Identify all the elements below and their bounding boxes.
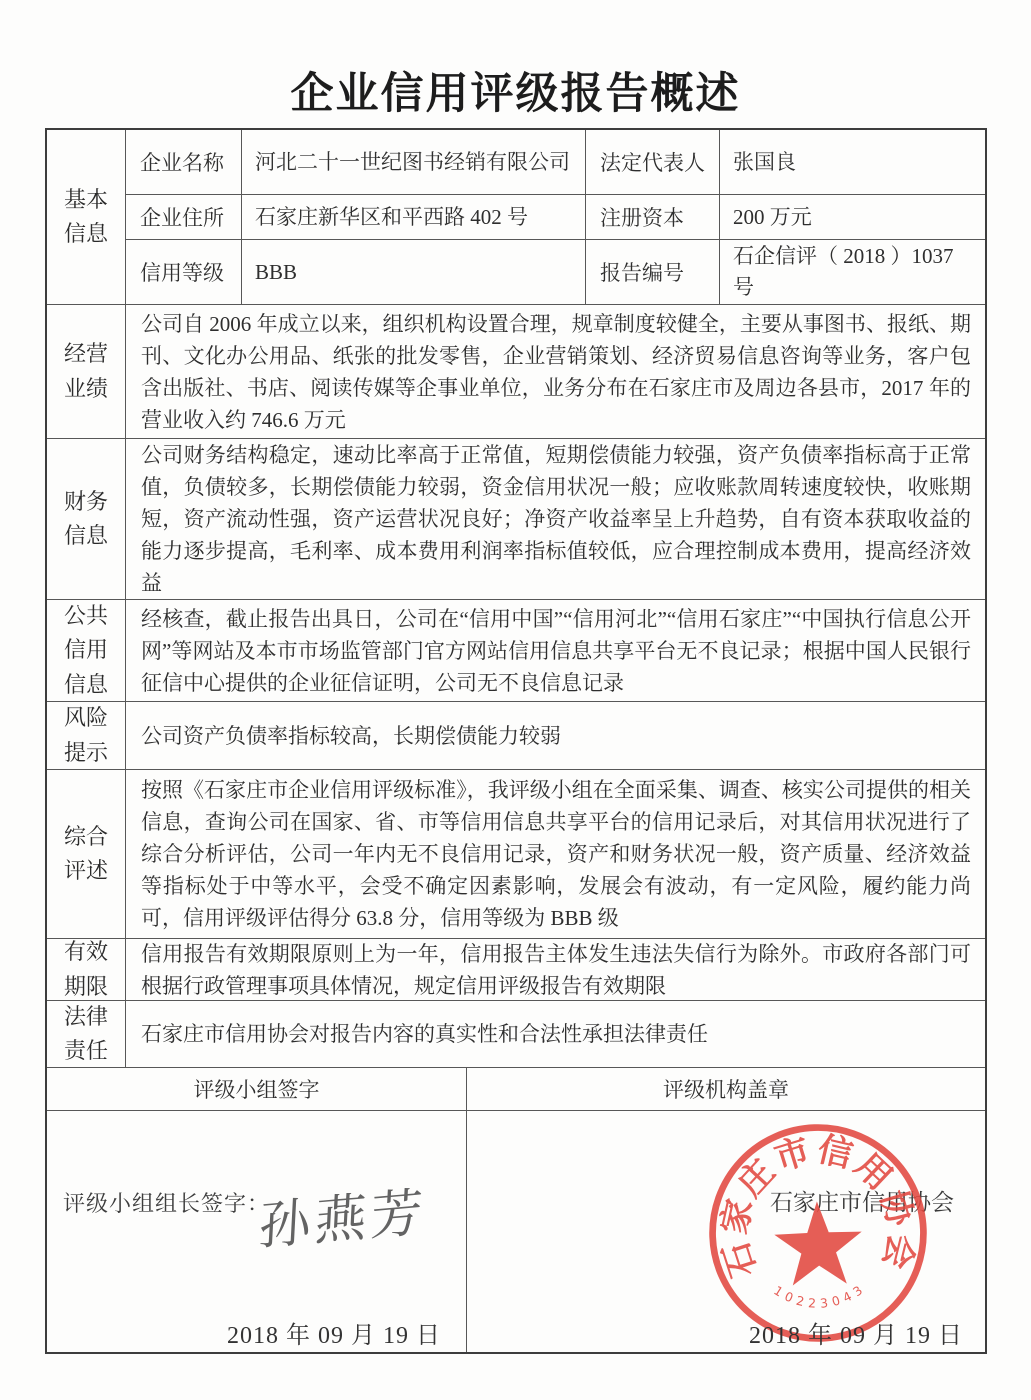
section-text-risk-warning: 公司资产负债率指标较高，长期偿债能力较弱 [126, 702, 985, 770]
section-label-basic: 基本信息 [47, 130, 126, 305]
stamp-star-icon [773, 1200, 863, 1286]
field-label-credit-rating: 信用等级 [126, 240, 242, 305]
section-comprehensive-review: 综合评述 按照《石家庄市企业信用评级标准》，我评级小组在全面采集、调查、核实公司… [47, 770, 985, 939]
field-label-legal-representative: 法定代表人 [586, 130, 720, 195]
signature-body-row: 评级小组组长签字： 孙燕芳 2018 年 09 月 19 日 石家庄市信用协会 … [47, 1111, 985, 1352]
agency-seal-cell: 石家庄市信用协会 石家庄市信用协会 0102230430 [467, 1111, 985, 1352]
basic-info-section: 基本信息 企业名称 河北二十一世纪图书经销有限公司 法定代表人 张国良 企业住所… [47, 130, 985, 305]
field-value-legal-representative: 张国良 [720, 130, 985, 195]
section-label-legal-liability: 法律责任 [47, 1001, 126, 1068]
page-title: 企业信用评级报告概述 [0, 60, 1031, 121]
field-value-report-number: 石企信评（ 2018 ）1037 号 [720, 240, 985, 305]
section-business-performance: 经营业绩 公司自 2006 年成立以来，组织机构设置合理，规章制度较健全，主要从… [47, 305, 985, 439]
section-legal-liability: 法律责任 石家庄市信用协会对报告内容的真实性和合法性承担法律责任 [47, 1001, 985, 1068]
section-text-business-performance: 公司自 2006 年成立以来，组织机构设置合理，规章制度较健全，主要从事图书、报… [126, 305, 985, 439]
handwritten-signature: 孙燕芳 [257, 1169, 428, 1259]
section-label-comprehensive-review: 综合评述 [47, 770, 126, 939]
header-agency-seal: 评级机构盖章 [467, 1068, 985, 1111]
seal-date: 2018 年 09 月 19 日 [749, 1315, 963, 1350]
section-label-financial-info: 财务信息 [47, 439, 126, 600]
section-text-financial-info: 公司财务结构稳定，速动比率高于正常值，短期偿债能力较强，资产负债率指标高于正常值… [126, 439, 985, 600]
report-table: 基本信息 企业名称 河北二十一世纪图书经销有限公司 法定代表人 张国良 企业住所… [45, 128, 987, 1354]
field-value-company-name: 河北二十一世纪图书经销有限公司 [242, 130, 586, 195]
section-financial-info: 财务信息 公司财务结构稳定，速动比率高于正常值，短期偿债能力较强，资产负债率指标… [47, 439, 985, 600]
field-value-credit-rating: BBB [242, 240, 586, 305]
header-team-signature: 评级小组签字 [47, 1068, 467, 1111]
document-page: 企业信用评级报告概述 基本信息 企业名称 河北二十一世纪图书经销有限公司 法定代… [0, 0, 1031, 1400]
signature-header-row: 评级小组签字 评级机构盖章 [47, 1068, 985, 1111]
section-text-public-credit-info: 经核查，截止报告出具日，公司在“信用中国”“信用河北”“信用石家庄”“中国执行信… [126, 600, 985, 702]
signature-date: 2018 年 09 月 19 日 [227, 1315, 441, 1350]
section-label-risk-warning: 风险提示 [47, 702, 126, 770]
section-risk-warning: 风险提示 公司资产负债率指标较高，长期偿债能力较弱 [47, 702, 985, 770]
field-label-registered-capital: 注册资本 [586, 195, 720, 240]
section-label-public-credit-info: 公共信用信息 [47, 600, 126, 702]
field-value-company-address: 石家庄新华区和平西路 402 号 [242, 195, 586, 240]
team-leader-signature-label: 评级小组组长签字： [63, 1187, 270, 1218]
section-public-credit-info: 公共信用信息 经核查，截止报告出具日，公司在“信用中国”“信用河北”“信用石家庄… [47, 600, 985, 702]
field-label-company-name: 企业名称 [126, 130, 242, 195]
section-text-validity-period: 信用报告有效期限原则上为一年，信用报告主体发生违法失信行为除外。市政府各部门可根… [126, 939, 985, 1001]
section-validity-period: 有效期限 信用报告有效期限原则上为一年，信用报告主体发生违法失信行为除外。市政府… [47, 939, 985, 1001]
section-label-validity-period: 有效期限 [47, 939, 126, 1001]
section-label-business-performance: 经营业绩 [47, 305, 126, 439]
field-label-report-number: 报告编号 [586, 240, 720, 305]
field-label-company-address: 企业住所 [126, 195, 242, 240]
section-text-comprehensive-review: 按照《石家庄市企业信用评级标准》，我评级小组在全面采集、调查、核实公司提供的相关… [126, 770, 985, 939]
field-value-registered-capital: 200 万元 [720, 195, 985, 240]
section-text-legal-liability: 石家庄市信用协会对报告内容的真实性和合法性承担法律责任 [126, 1001, 985, 1068]
team-signature-cell: 评级小组组长签字： 孙燕芳 2018 年 09 月 19 日 [47, 1111, 467, 1352]
